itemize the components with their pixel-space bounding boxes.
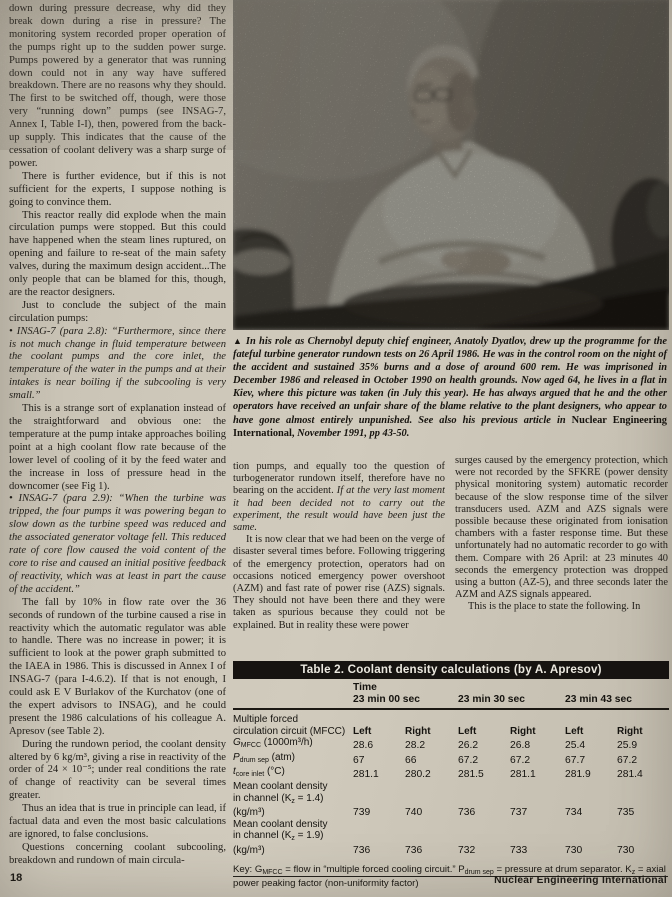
symbol: P	[233, 752, 240, 763]
paragraph: This reactor really did explode when the…	[9, 210, 226, 300]
cell-value: 67	[353, 755, 405, 767]
paragraph: Just to conclude the subject of the main…	[9, 300, 226, 326]
symbol: G	[233, 737, 241, 748]
symbol-subscript: drum sep	[465, 869, 494, 876]
time-column-header: 23 min 43 sec	[565, 694, 669, 706]
paragraph: surges caused by the emergency protectio…	[455, 455, 668, 601]
symbol-subscript: MFCC	[262, 869, 282, 876]
cell-value: 28.6	[353, 740, 405, 752]
cell-value: 730	[565, 845, 617, 857]
caption-reference: November 1991, pp 43-50.	[294, 428, 409, 439]
subcol-header: Right	[510, 726, 565, 738]
paragraph: tion pumps, and equally too the question…	[233, 461, 445, 534]
row-group-label: circulation circuit (MFCC)	[233, 726, 353, 738]
cell-value: 733	[510, 845, 565, 857]
paragraph: Questions concerning coolant subcooling,…	[9, 842, 226, 868]
cell-value: 281.1	[510, 769, 565, 781]
paragraph: It is now clear that we had been on the …	[233, 534, 445, 632]
time-column-header: 23 min 00 sec	[353, 694, 458, 706]
caption-triangle-icon: ▲	[233, 336, 243, 346]
coolant-density-table: Table 2. Coolant density calculations (b…	[233, 661, 669, 889]
cell-value: 26.8	[510, 740, 565, 752]
table-rule	[233, 708, 669, 710]
cell-value: 67.7	[565, 755, 617, 767]
cell-value: 25.9	[617, 740, 669, 752]
row-label-line: (kg/m³)	[233, 807, 349, 819]
cell-value: 736	[405, 845, 458, 857]
cell-value: 736	[458, 807, 510, 819]
row-label: Mean coolant density in channel (Kz = 1.…	[233, 819, 353, 857]
table-body: Multiple forced circulation circuit (MFC…	[233, 714, 669, 857]
symbol-subscript: MFCC	[241, 742, 261, 749]
cell-value: 66	[405, 755, 458, 767]
journal-footer: Nuclear Engineering International	[494, 875, 667, 886]
table-title-bar: Table 2. Coolant density calculations (b…	[233, 661, 669, 679]
cell-value: 737	[510, 807, 565, 819]
row-label-unit: (1000m³/h)	[261, 737, 313, 748]
paragraph: This is the place to state the following…	[455, 601, 668, 613]
magazine-page: down during pressure decrease, why did t…	[0, 0, 672, 897]
photo-illustration	[233, 0, 669, 330]
cell-value: 281.1	[353, 769, 405, 781]
cell-value: 26.2	[458, 740, 510, 752]
cell-value: 28.2	[405, 740, 458, 752]
article-column-middle: tion pumps, and equally too the question…	[233, 461, 445, 657]
table-row: GMFCC (1000m³/h) 28.6 28.2 26.2 26.8 25.…	[233, 737, 669, 752]
table-row: tcore inlet (°C) 281.1 280.2 281.5 281.1…	[233, 766, 669, 781]
row-label-line: Mean coolant density	[233, 781, 349, 793]
page-number: 18	[10, 872, 22, 884]
symbol-subscript: drum sep	[240, 757, 269, 764]
insag-quote-paragraph: • INSAG-7 (para 2.9): “When the turbine …	[9, 493, 226, 596]
subcol-header: Left	[565, 726, 617, 738]
insag-quote-paragraph: • INSAG-7 (para 2.8): “Furthermore, sinc…	[9, 326, 226, 403]
cell-value: 732	[458, 845, 510, 857]
symbol-subscript: core inlet	[236, 771, 264, 778]
paragraph: This is a strange sort of explanation in…	[9, 403, 226, 493]
time-column-header: 23 min 30 sec	[458, 694, 565, 706]
row-label-unit: (°C)	[264, 766, 285, 777]
cell-value: 736	[353, 845, 405, 857]
cell-value: 740	[405, 807, 458, 819]
cell-value: 730	[617, 845, 669, 857]
paragraph: down during pressure decrease, why did t…	[9, 3, 226, 171]
cell-value: 67.2	[458, 755, 510, 767]
paragraph: The fall by 10% in flow rate over the 36…	[9, 597, 226, 739]
row-label-line: in channel (Kz = 1.4)	[233, 793, 349, 808]
row-label: GMFCC (1000m³/h)	[233, 737, 353, 752]
subcol-header: Right	[617, 726, 669, 738]
paragraph: There is further evidence, but if this i…	[9, 171, 226, 210]
cell-value: 281.9	[565, 769, 617, 781]
cell-value: 735	[617, 807, 669, 819]
dyatlov-photo	[233, 0, 669, 330]
subcol-header: Right	[405, 726, 458, 738]
table-row: Mean coolant density in channel (Kz = 1.…	[233, 819, 669, 857]
table-row: Mean coolant density in channel (Kz = 1.…	[233, 781, 669, 819]
cell-value: 25.4	[565, 740, 617, 752]
cell-value: 281.4	[617, 769, 669, 781]
row-group-label: Multiple forced	[233, 714, 353, 726]
table-row: Pdrum sep (atm) 67 66 67.2 67.2 67.7 67.…	[233, 752, 669, 767]
cell-value: 67.2	[510, 755, 565, 767]
row-label: tcore inlet (°C)	[233, 766, 353, 781]
row-label-unit: (atm)	[269, 752, 295, 763]
row-label-line: in channel (Kz = 1.9)	[233, 830, 349, 845]
article-column-left: down during pressure decrease, why did t…	[9, 3, 226, 871]
row-label-line: (kg/m³)	[233, 845, 349, 857]
photo-caption: ▲ In his role as Chernobyl deputy chief …	[233, 335, 667, 440]
cell-value: 67.2	[617, 755, 669, 767]
paragraph: Thus an idea that is true in principle c…	[9, 803, 226, 842]
cell-value: 739	[353, 807, 405, 819]
paragraph: During the rundown period, the coolant d…	[9, 739, 226, 804]
subcol-header: Left	[458, 726, 510, 738]
cell-value: 734	[565, 807, 617, 819]
table-time-header: Time 23 min 00 sec 23 min 30 sec 23 min …	[233, 682, 669, 705]
time-label: Time	[353, 682, 458, 694]
caption-text: In his role as Chernobyl deputy chief en…	[233, 336, 667, 426]
subcol-header: Left	[353, 726, 405, 738]
row-label: Mean coolant density in channel (Kz = 1.…	[233, 781, 353, 819]
row-label: Pdrum sep (atm)	[233, 752, 353, 767]
row-label-line: Mean coolant density	[233, 819, 349, 831]
article-column-right: surges caused by the emergency protectio…	[455, 455, 668, 657]
cell-value: 281.5	[458, 769, 510, 781]
cell-value: 280.2	[405, 769, 458, 781]
